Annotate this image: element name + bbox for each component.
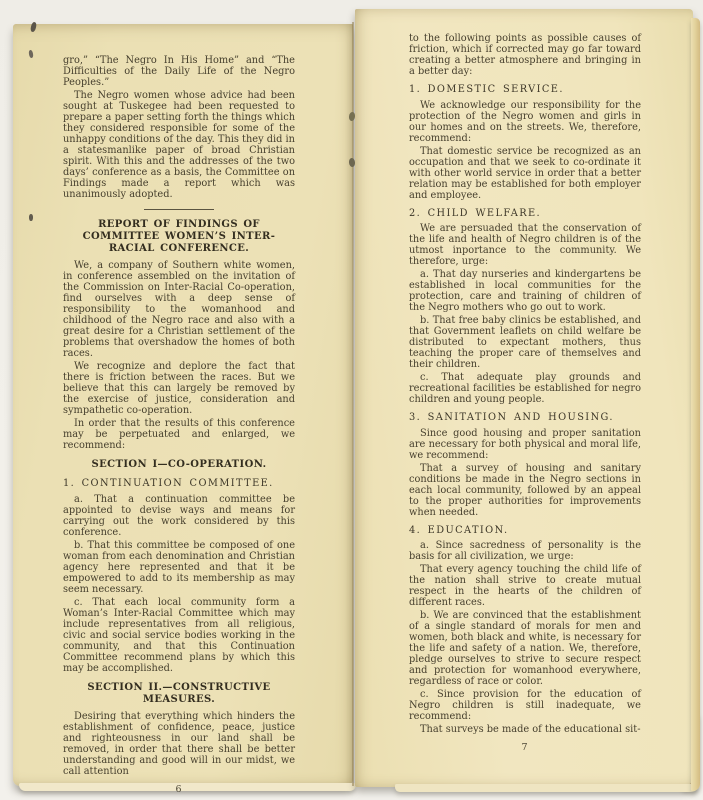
page-number-left: 6 bbox=[63, 784, 295, 795]
section-1-heading: SECTION I—CO-OPERATION. bbox=[69, 459, 289, 471]
page-number-right: 7 bbox=[409, 742, 641, 753]
paragraph: gro,” “The Negro In His Home” and “The D… bbox=[63, 55, 295, 88]
paragraph: In order that the results of this confer… bbox=[63, 418, 295, 451]
child-welfare-heading: 2. CHILD WELFARE. bbox=[409, 208, 641, 220]
page-right: to the following points as possible caus… bbox=[355, 9, 693, 787]
section-2-heading: SECTION II.—CONSTRUCTIVE MEASURES. bbox=[69, 682, 289, 706]
paragraph: That every agency touching the child lif… bbox=[409, 564, 641, 608]
sanitation-housing-heading: 3. SANITATION AND HOUSING. bbox=[409, 412, 641, 424]
paragraph: Since good housing and proper sanitation… bbox=[409, 428, 641, 461]
paragraph: We are persuaded that the conservation o… bbox=[409, 223, 641, 267]
paragraph: That a survey of housing and sanitary co… bbox=[409, 463, 641, 518]
education-heading: 4. EDUCATION. bbox=[409, 525, 641, 537]
paragraph: a. That a continuation committee be appo… bbox=[63, 494, 295, 538]
paragraph: That surveys be made of the educational … bbox=[409, 724, 641, 735]
domestic-service-heading: 1. DOMESTIC SERVICE. bbox=[409, 84, 641, 96]
scanned-booklet-spread: gro,” “The Negro In His Home” and “The D… bbox=[0, 0, 703, 800]
paragraph: b. That this committee be composed of on… bbox=[63, 540, 295, 595]
centre-fold bbox=[352, 22, 354, 786]
page-left: gro,” “The Negro In His Home” and “The D… bbox=[13, 24, 353, 786]
paragraph: We recognize and deplore the fact that t… bbox=[63, 361, 295, 416]
paragraph: b. We are convinced that the establishme… bbox=[409, 610, 641, 687]
page-right-text-column: to the following points as possible caus… bbox=[409, 33, 641, 753]
paragraph: b. That free baby clinics be established… bbox=[409, 315, 641, 370]
paragraph: a. That day nurseries and kindergartens … bbox=[409, 269, 641, 313]
paragraph: The Negro women whose advice had been so… bbox=[63, 90, 295, 200]
page-left-text-column: gro,” “The Negro In His Home” and “The D… bbox=[63, 55, 295, 795]
paragraph: a. Since sacredness of personality is th… bbox=[409, 540, 641, 562]
report-heading: REPORT OF FINDINGS OF COMMITTEE WOMEN’S … bbox=[69, 219, 289, 255]
paragraph: Desiring that everything which hinders t… bbox=[63, 711, 295, 777]
paragraph: c. Since provision for the education of … bbox=[409, 689, 641, 722]
paragraph: That domestic service be recognized as a… bbox=[409, 146, 641, 201]
paragraph: c. That each local community form a Woma… bbox=[63, 597, 295, 674]
paragraph: We, a company of Southern white women, i… bbox=[63, 260, 295, 359]
ink-speck bbox=[29, 214, 33, 221]
divider-rule bbox=[144, 209, 214, 210]
paragraph: to the following points as possible caus… bbox=[409, 33, 641, 77]
continuation-committee-heading: 1. CONTINUATION COMMITTEE. bbox=[63, 478, 295, 490]
paragraph: c. That adequate play grounds and recrea… bbox=[409, 372, 641, 405]
paragraph: We acknowledge our responsibility for th… bbox=[409, 100, 641, 144]
